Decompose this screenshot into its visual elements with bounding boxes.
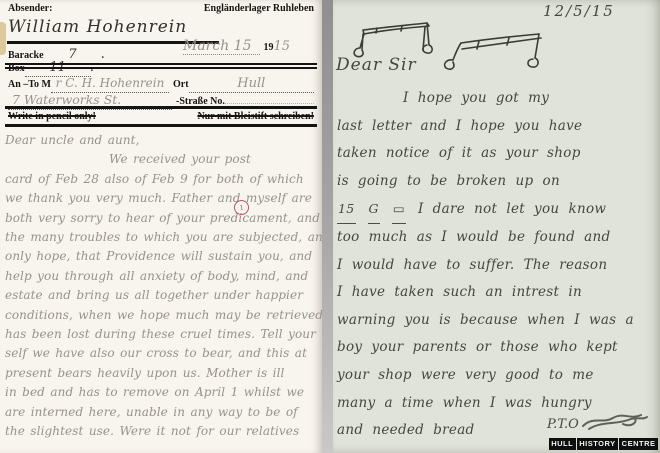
body-line: we thank you very much. Father and mysel…	[5, 189, 319, 208]
street-value: 7 Waterworks St.	[12, 92, 121, 107]
ort-value: Hull	[237, 76, 265, 91]
body-line: in bed and has to remove on April 1 whil…	[5, 383, 319, 402]
body-line: taken notice of it as your shop	[337, 140, 657, 168]
body-line: I have taken such an intrest in	[337, 279, 657, 307]
body-line: estate and bring us all together under h…	[5, 286, 319, 305]
body-line: are interned here, unable in any way to …	[5, 403, 319, 422]
watermark-word: CENTRE	[619, 438, 658, 450]
body-line: is going to be broken up on	[337, 168, 657, 196]
watermark-word: HULL	[549, 438, 576, 450]
photo-divider	[322, 0, 333, 453]
pencil-note-english: Write in pencil only!	[8, 111, 96, 122]
body-line: self we have also our cross to bear, and…	[5, 344, 319, 363]
body-line: your shop were very good to me	[337, 362, 657, 390]
body-line: warning you is because when I was a	[337, 307, 657, 335]
horizontal-rule	[5, 106, 317, 109]
code-symbol: 15	[337, 195, 356, 224]
ort-label: Ort	[173, 79, 189, 90]
letter-body: I hope you got my last letter and I hope…	[337, 85, 657, 445]
body-line: the slightest use. Were it not for our r…	[5, 422, 319, 441]
horizontal-rule	[5, 67, 317, 69]
horizontal-rule	[5, 124, 317, 127]
body-line: I would have to suffer. The reason	[337, 252, 657, 280]
sender-name: William Hohenrein	[8, 17, 187, 37]
body-line: the many troubles to which you are subje…	[5, 228, 319, 247]
body-line: has been lost during these cruel times. …	[5, 325, 319, 344]
salutation: Dear Sir	[336, 55, 417, 75]
signoff-pto: P.T.O	[547, 417, 579, 432]
absender-label: Absender:	[8, 3, 52, 14]
body-line: We received your post	[5, 150, 319, 169]
code-symbol: G	[368, 195, 380, 224]
body-line: too much as I would be found and	[337, 224, 657, 252]
watermark-word: HISTORY	[577, 438, 618, 450]
photo-of-two-letters: Absender: Engländerlager Ruhleben Willia…	[0, 0, 660, 453]
body-line: Dear uncle and aunt,	[5, 131, 319, 150]
body-line: present bears heavily upon us. Mother is…	[5, 364, 319, 383]
body-line: only hope, that Providence will sustain …	[5, 247, 319, 266]
body-line: last letter and I hope you have	[337, 113, 657, 141]
date-handwritten: March 15	[183, 38, 260, 55]
body-line-text: I dare not let you know	[418, 201, 606, 217]
year-printed: 19	[264, 42, 274, 53]
warning-letter: 12/5/15 Dear Sir I hope you got my last …	[333, 0, 660, 453]
pencil-scribble	[579, 406, 651, 436]
body-line: help you through all anxiety of body, mi…	[5, 267, 319, 286]
letter-body: Dear uncle and aunt, We received your po…	[5, 131, 319, 442]
to-label: An –To M	[8, 79, 51, 90]
camp-title: Engländerlager Ruhleben	[204, 3, 314, 14]
body-line-with-code: 15G▭I dare not let you know	[337, 195, 657, 224]
to-value: r C. H. Hohenrein	[56, 76, 165, 90]
archive-watermark: HULLHISTORYCENTRE	[548, 433, 658, 451]
ruhleben-form-letter: Absender: Engländerlager Ruhleben Willia…	[0, 0, 322, 453]
horizontal-rule	[5, 63, 317, 65]
code-symbol: ▭	[392, 195, 406, 224]
letter-date: 12/5/15	[543, 2, 615, 20]
body-line: I hope you got my	[337, 85, 657, 113]
pencil-note-german: Nur mit Bleistift schreiben!	[197, 111, 314, 122]
ink-sketch-bench-right	[439, 25, 547, 77]
body-line: boy your parents or those who kept	[337, 334, 657, 362]
body-line: conditions, when we hope much may be ret…	[5, 306, 319, 325]
year-handwritten: 15	[274, 39, 291, 54]
body-line: card of Feb 28 also of Feb 9 for both of…	[5, 170, 319, 189]
body-line: both very sorry to hear of your predicam…	[5, 209, 319, 228]
date-line: March 15 1915	[183, 37, 290, 55]
